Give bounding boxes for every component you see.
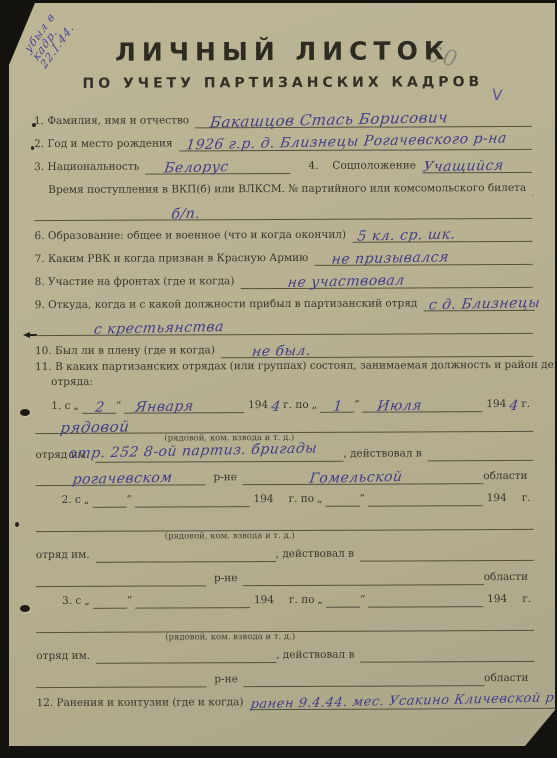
service-entry-region: р-не области — [36, 662, 534, 688]
fill-line: рогачевском — [35, 461, 205, 486]
fill-line: Учащийся — [422, 149, 532, 173]
fill-month — [368, 584, 483, 608]
fill-line — [36, 662, 206, 688]
fill-month: Июля — [362, 389, 482, 413]
fill-month: Января — [124, 390, 244, 414]
fill-line: с д. Близнецы — [423, 287, 534, 311]
document-title: ЛИЧНЫЙ ЛИСТОК — [34, 36, 532, 67]
fill-line — [36, 561, 206, 587]
handwritten-value: с крестьянства — [93, 320, 225, 338]
handwritten-value: не был. — [251, 343, 312, 360]
fill-line: рядовой — [35, 411, 533, 434]
fill-day — [326, 585, 360, 608]
fill-line: б/п. — [34, 195, 532, 221]
fill-month — [135, 484, 250, 508]
fill-line — [244, 661, 484, 687]
fill-line — [360, 641, 534, 663]
fill-line: не был. — [221, 333, 533, 358]
fill-line — [428, 442, 534, 461]
field-label: 6. Образование: общее и военное (что и к… — [34, 230, 352, 244]
handwritten-value: Учащийся — [422, 158, 504, 175]
fill-line — [360, 540, 534, 562]
field-nationality-social: 3. Национальность Белорус 4. Соцположени… — [34, 150, 532, 175]
fill-line: Гомельской — [243, 460, 483, 485]
handwritten-role: рядовой — [59, 418, 130, 436]
field-label: 8. Участие на фронтах (где и когда) — [35, 277, 241, 290]
service-entry-role — [36, 607, 534, 633]
fill-day — [93, 586, 127, 609]
fill-line: не призывался — [314, 241, 532, 266]
field-label: 12. Ранения и контузии (где и когда) — [36, 698, 249, 711]
label-district: р-не — [206, 675, 244, 688]
fill-line: с крестьянства — [35, 310, 533, 336]
fill-day: 2 — [82, 391, 116, 414]
handwritten-value: б/п. — [170, 206, 201, 222]
fill-line: ранен 9.4.44. мес. Усакино Кличевской рн… — [249, 685, 557, 710]
field-label: 4. — [290, 161, 324, 174]
fill-line — [96, 541, 276, 563]
fill-line — [243, 560, 483, 586]
fill-line — [36, 505, 534, 532]
field-wounds: 12. Ранения и контузии (где и когда) ран… — [36, 686, 534, 711]
fill-line: не участвовал — [240, 264, 532, 289]
fill-line: 5 кл. ср. шк. — [352, 218, 532, 243]
field-label: Соцположение — [324, 161, 422, 174]
fill-month — [135, 585, 250, 609]
scanned-form-page: убыл в кадр. 22.I.44. 60 V ЛИЧНЫЙ ЛИСТОК… — [9, 3, 555, 746]
field-label: 3. Национальность — [34, 162, 145, 175]
fill-line: отр. 252 8-ой партиз. бригады — [95, 443, 343, 463]
form-body: 1. Фамилия, имя и отчество Бакашцов Стас… — [34, 104, 535, 711]
document-subtitle: ПО УЧЕТУ ПАРТИЗАНСКИХ КАДРОВ — [34, 74, 532, 92]
handwritten-value: не участвовал — [286, 273, 405, 291]
label-oblast: области — [483, 471, 533, 484]
fill-line: 1926 г.р. д. Близнецы Рогачевского р-на — [178, 126, 532, 152]
fill-day: 1 — [320, 390, 354, 413]
service-entry-role: рядовой — [35, 412, 533, 434]
service-entry-region: р-не области — [36, 561, 534, 587]
field-label: 10. Был ли в плену (где и когда) — [35, 346, 221, 359]
handwritten-value: ранен 9.4.44. мес. Усакино Кличевской рн… — [250, 691, 557, 712]
fill-line: Бакашцов Стась Борисович — [195, 103, 532, 128]
label-oblast: области — [484, 572, 534, 585]
fill-line — [36, 606, 534, 633]
fill-line: Белорус — [145, 150, 290, 175]
service-entry-role — [36, 506, 534, 532]
fill-line — [96, 642, 276, 664]
fill-day — [325, 484, 359, 507]
handwritten-value: Белорус — [163, 160, 229, 177]
fill-day — [92, 485, 126, 508]
field-units-header: 11. В каких партизанских отрядах (или гр… — [35, 360, 533, 392]
field-label: 1. Фамилия, имя и отчество — [34, 116, 195, 129]
fill-month — [368, 483, 483, 507]
handwritten-unit: отр. 252 8-ой партиз. бригады — [67, 441, 318, 462]
